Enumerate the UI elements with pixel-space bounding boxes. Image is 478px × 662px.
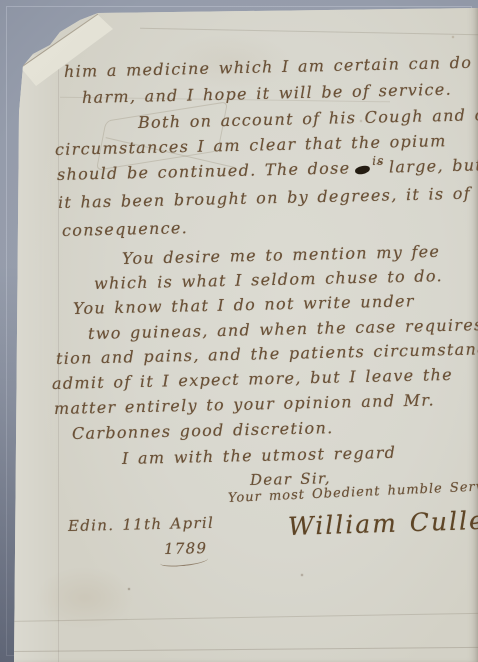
caret-insertion: is^ xyxy=(372,158,385,177)
manuscript-line-7: consequence. xyxy=(62,218,188,240)
manuscript-line-11: two guineas, and when the case requires … xyxy=(88,314,478,343)
manuscript-line-6: it has been brought on by degrees, it is… xyxy=(58,183,478,212)
caret-mark: ^ xyxy=(375,161,385,172)
manuscript-line-15: Carbonnes good discretion. xyxy=(72,418,334,443)
manuscript-line-12: tion and pains, and the patients circums… xyxy=(56,339,478,368)
manuscript-line-2: harm, and I hope it will be of service. xyxy=(82,80,452,107)
manuscript-line-1: him a medicine which I am certain can do… xyxy=(64,52,478,81)
letter-paper: him a medicine which I am certain can do… xyxy=(0,0,478,662)
dose-line-post: large, but as xyxy=(389,155,478,177)
fold-crease-bottom-2 xyxy=(0,647,478,652)
manuscript-line-8: You desire me to mention my fee xyxy=(122,242,441,268)
closing-regard: I am with the utmost regard xyxy=(122,443,397,468)
fold-crease-bottom-1 xyxy=(0,613,478,622)
signature: William Cullen xyxy=(288,505,478,541)
photo-background: him a medicine which I am certain can do… xyxy=(0,0,478,662)
manuscript-line-14: matter entirely to your opinion and Mr. xyxy=(54,390,435,418)
manuscript-line-10: You know that I do not write under xyxy=(73,291,415,318)
ink-blot xyxy=(355,165,371,175)
conjugate-leaf-edge xyxy=(14,55,59,662)
fold-crease-top xyxy=(140,28,478,35)
manuscript-line-13: admit of it I expect more, but I leave t… xyxy=(52,365,453,393)
year-flourish xyxy=(160,554,209,567)
manuscript-line-9: which is what I seldom chuse to do. xyxy=(94,266,443,293)
dateline-place-day: Edin. 11th April xyxy=(68,514,214,535)
